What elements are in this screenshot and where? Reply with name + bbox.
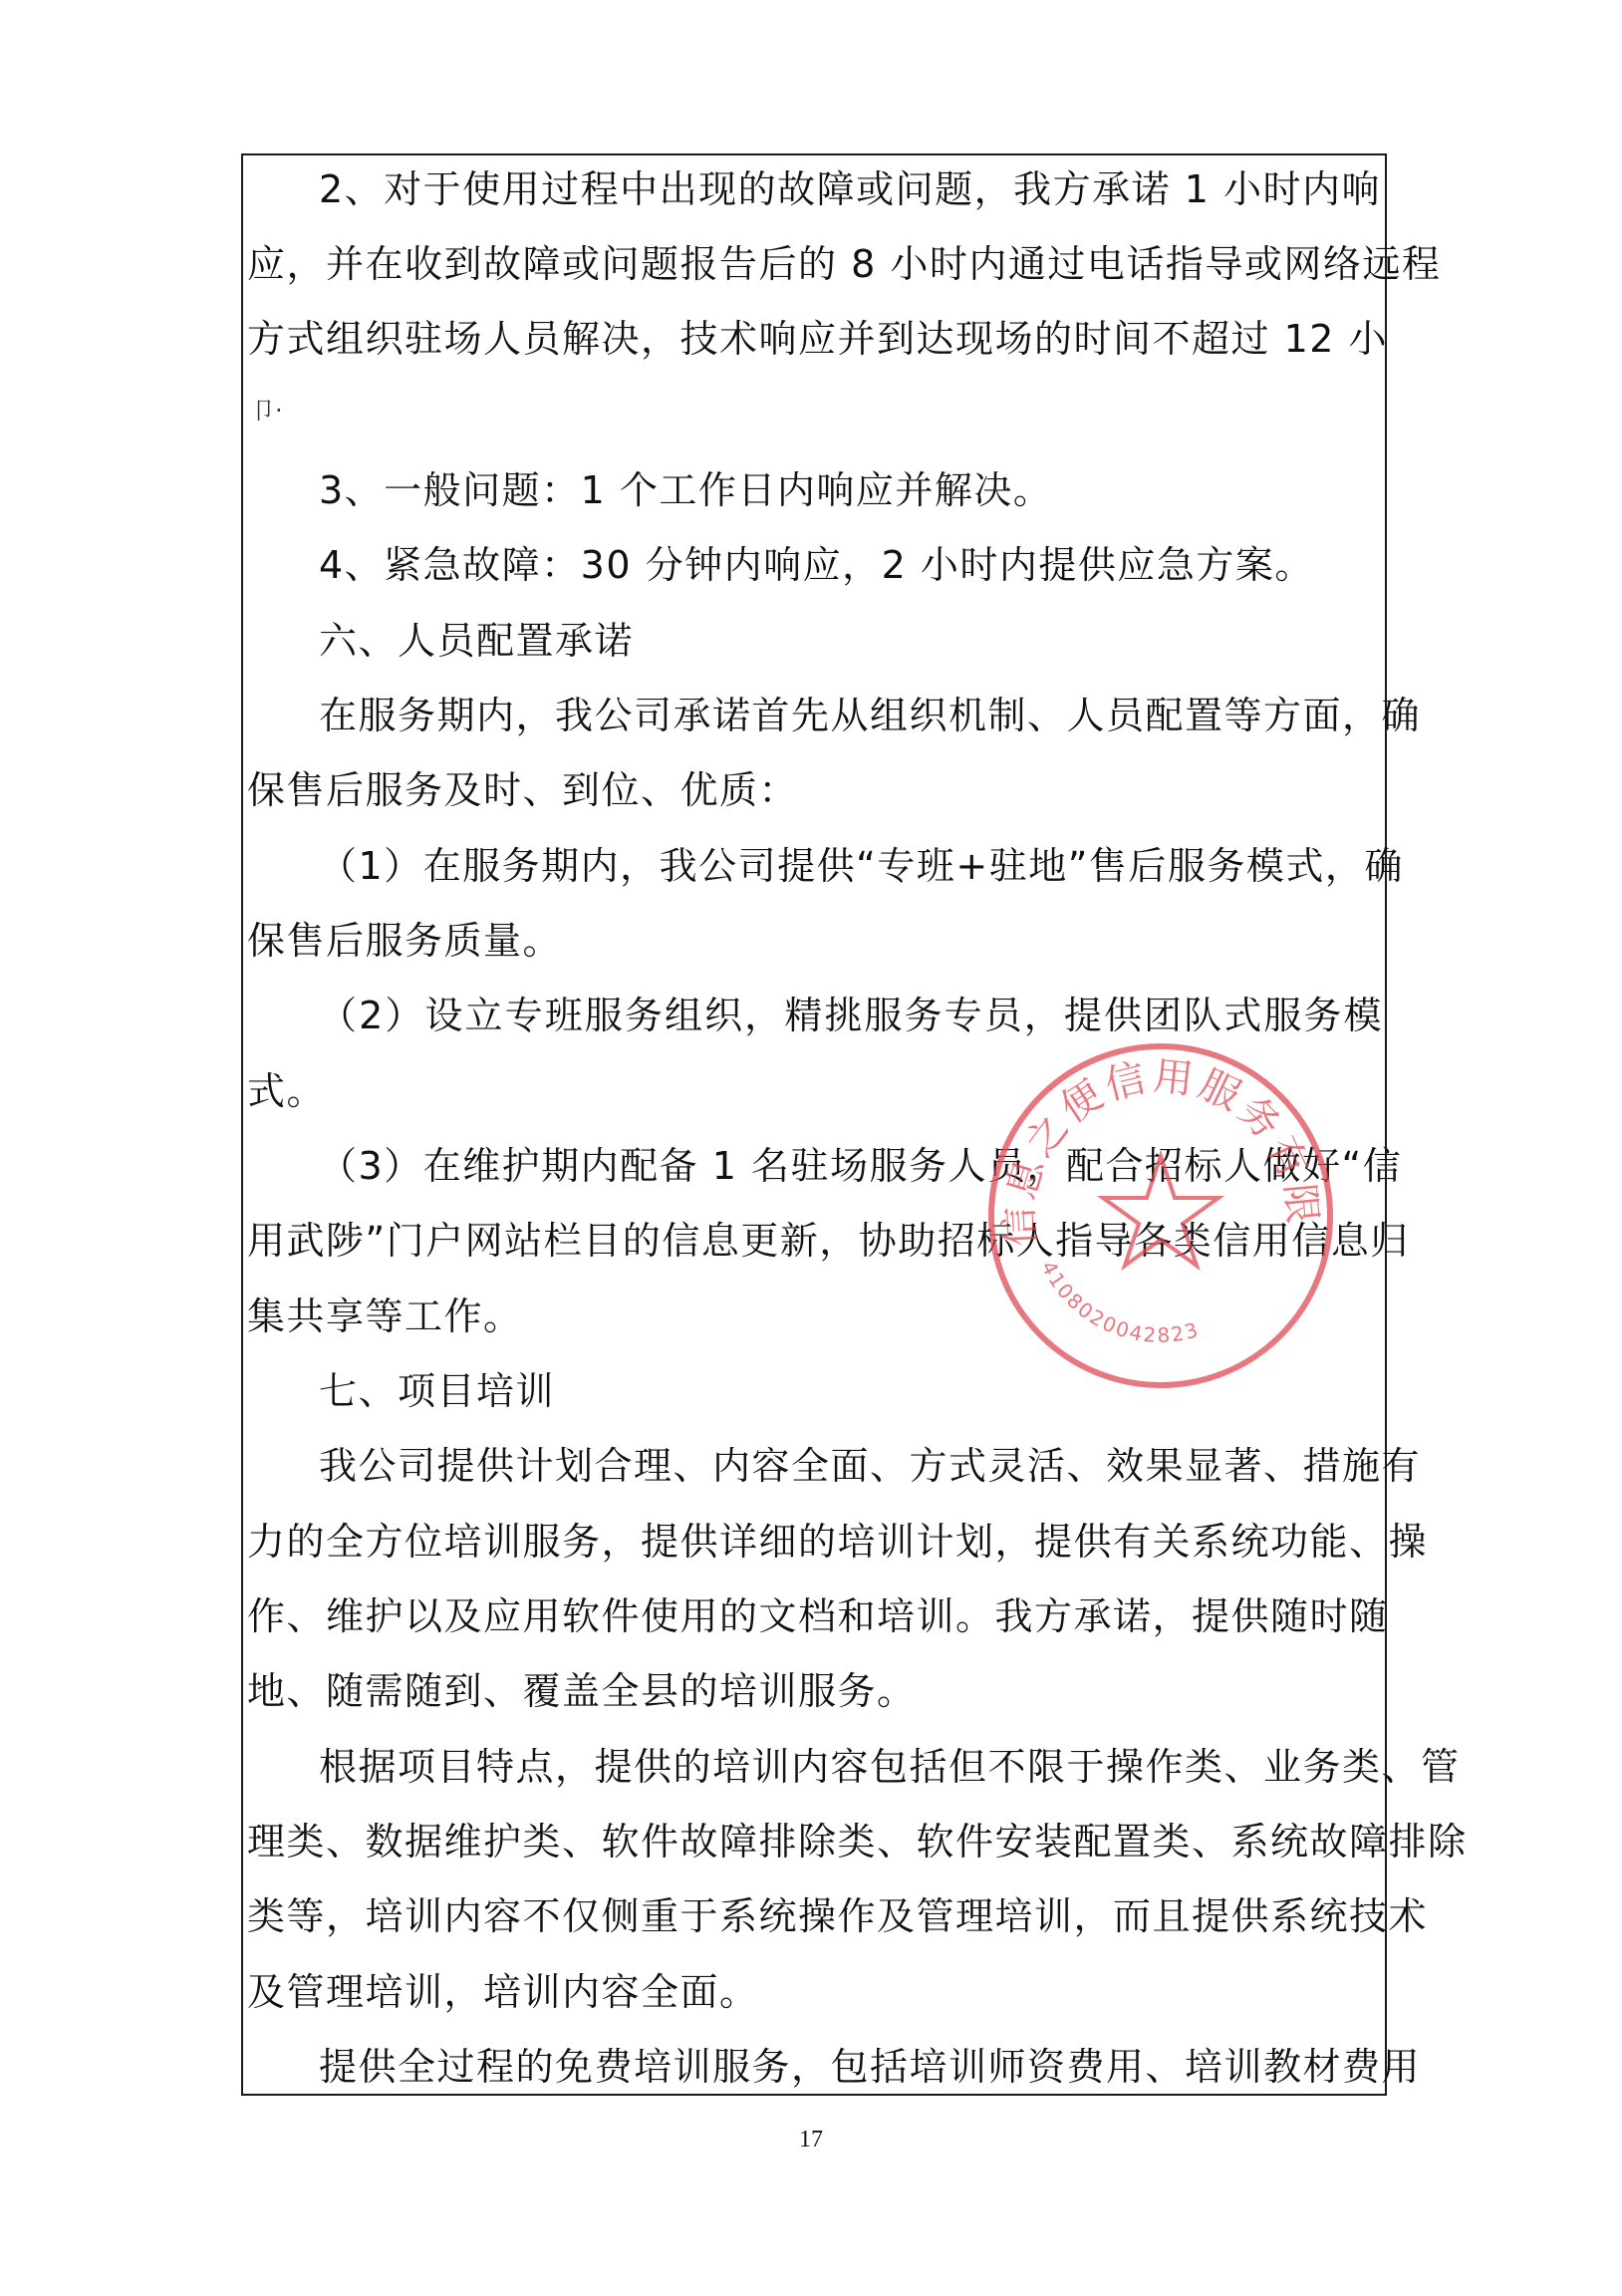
text-line: （1）在服务期内，我公司提供“专班+驻地”售后服务模式，确 (319, 844, 1383, 888)
text-line: 4、紧急故障：30 分钟内响应，2 小时内提供应急方案。 (319, 543, 1314, 587)
text-line: 提供全过程的免费培训服务，包括培训师资费用、培训教材费用 (319, 2045, 1383, 2089)
text-line: 地、随需随到、覆盖全县的培训服务。 (247, 1669, 917, 1713)
text-line: 用武陟”门户网站栏目的信息更新，协助招标人指导各类信用信息归 (247, 1219, 1383, 1263)
text-line: （3）在维护期内配备 1 名驻场服务人员，配合招标人做好“信 (319, 1144, 1383, 1188)
text-line: 我公司提供计划合理、内容全面、方式灵活、效果显著、措施有 (319, 1444, 1383, 1488)
text-line: 六、人员配置承诺 (319, 619, 634, 663)
text-line: 在服务期内，我公司承诺首先从组织机制、人员配置等方面，确 (319, 694, 1383, 737)
text-line: 集共享等工作。 (247, 1294, 523, 1338)
text-line: 方式组织驻场人员解决，技术响应并到达现场的时间不超过 12 小 (247, 317, 1388, 361)
text-line: 力的全方位培训服务，提供详细的培训计划，提供有关系统功能、操 (247, 1520, 1383, 1564)
text-line: 保售后服务及时、到位、优质： (247, 768, 798, 812)
text-line: 根据项目特点，提供的培训内容包括但不限于操作类、业务类、管 (319, 1745, 1383, 1789)
text-line: 应，并在收到故障或问题报告后的 8 小时内通过电话指导或网络远程 (247, 242, 1383, 286)
page-number: 17 (0, 2127, 1622, 2153)
document-frame: 卩· 2、对于使用过程中出现的故障或问题，我方承诺 1 小时内响应，并在收到故障… (241, 153, 1387, 2096)
text-line: 及管理培训，培训内容全面。 (247, 1970, 759, 2014)
scan-artifact: 卩· (251, 391, 283, 426)
text-line: 式。 (247, 1069, 326, 1113)
text-line: 类等，培训内容不仅侧重于系统操作及管理培训，而且提供系统技术 (247, 1894, 1428, 1938)
text-line: 3、一般问题：1 个工作日内响应并解决。 (319, 468, 1052, 512)
text-line: 保售后服务质量。 (247, 919, 562, 963)
text-line: （2）设立专班服务组织，精挑服务专员，提供团队式服务模 (319, 994, 1383, 1037)
text-line: 作、维护以及应用软件使用的文档和培训。我方承诺，提供随时随 (247, 1594, 1383, 1638)
text-line: 七、项目培训 (319, 1369, 555, 1413)
text-line: 理类、数据维护类、软件故障排除类、软件安装配置类、系统故障排除 (247, 1820, 1383, 1864)
text-line: 2、对于使用过程中出现的故障或问题，我方承诺 1 小时内响 (319, 167, 1381, 211)
